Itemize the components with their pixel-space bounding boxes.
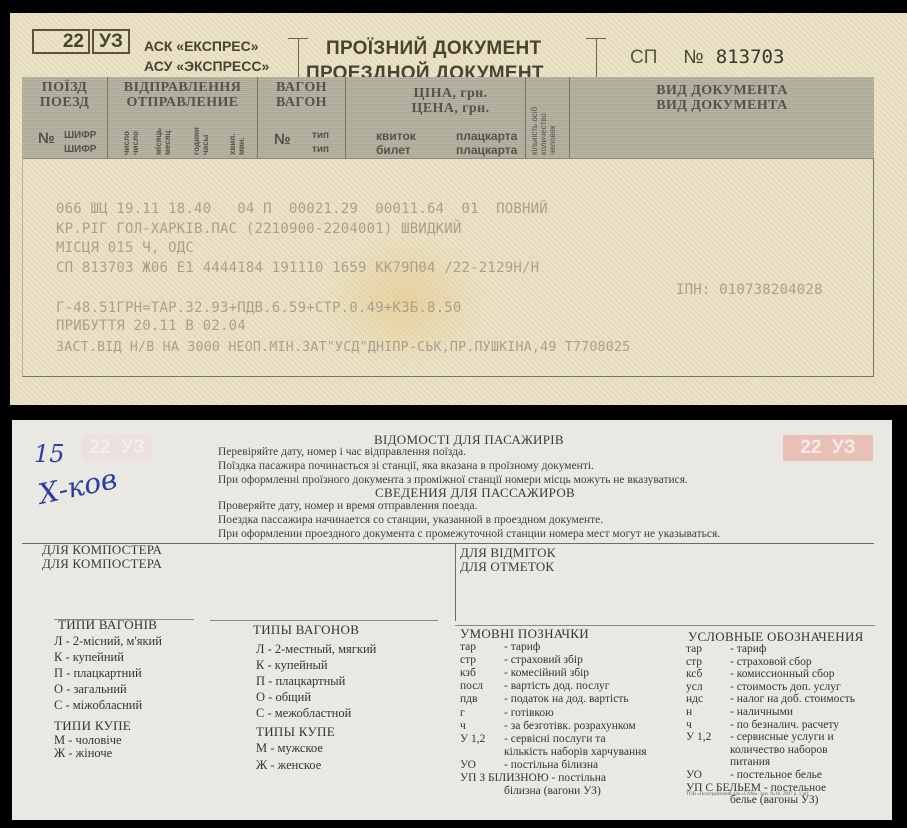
legend-abbr: пдв bbox=[460, 693, 504, 705]
car-types-ru-title: ТИПЫ ВАГОНОВ bbox=[253, 622, 359, 638]
col-car: ВАГОН ВАГОН № тип тип bbox=[258, 77, 346, 158]
col-price-berth-ru: плацкарта bbox=[456, 144, 517, 156]
legend-row: білизна (вагони УЗ) bbox=[460, 785, 601, 797]
col-price-ticket-ru: билет bbox=[376, 144, 411, 156]
serial-prefix: СП bbox=[630, 47, 657, 68]
printed-line-tax-id: ІПН: 010738204028 bbox=[676, 282, 823, 298]
legend-meaning: кількість наборів харчування bbox=[504, 746, 647, 758]
legend-row: питания bbox=[686, 756, 770, 768]
legend-abbr: усл bbox=[686, 681, 730, 693]
legend-row: стр- страховой сбор bbox=[686, 656, 812, 668]
serial-value: 813703 bbox=[716, 46, 785, 68]
compartment-type-ua: Ж - жіноче bbox=[54, 746, 112, 761]
printed-line-arrival: ПРИБУТТЯ 20.11 В 02.04 bbox=[56, 318, 246, 334]
legend-abbr: тар bbox=[460, 641, 504, 653]
col-price-ticket-ua: квиток bbox=[376, 130, 416, 142]
legend-row: тар- тариф bbox=[686, 643, 766, 655]
col-departure-minutes: хвил. мин. bbox=[228, 119, 246, 155]
legend-row: ксб- комиссионный сбор bbox=[686, 668, 834, 680]
compartment-type-ru: М - мужское bbox=[256, 741, 323, 756]
car-type-ua: П - плацкартний bbox=[54, 666, 142, 681]
legend-meaning: УП З БІЛИЗНОЮ - постільна bbox=[460, 772, 606, 784]
legend-abbr: посл bbox=[460, 680, 504, 692]
car-type-ua: К - купейний bbox=[54, 650, 124, 665]
col-departure-title-ua: ВІДПРАВЛЕННЯ bbox=[108, 80, 257, 95]
legend-abbr: ндс bbox=[686, 693, 730, 705]
col-doc-type-title-ru: ВИД ДОКУМЕНТА bbox=[570, 98, 874, 113]
car-type-ru: О - общий bbox=[256, 690, 311, 705]
legend-abbr: УО bbox=[460, 759, 504, 771]
handwritten-note-number: 15 bbox=[34, 440, 65, 468]
col-doc-type: ВИД ДОКУМЕНТА ВИД ДОКУМЕНТА bbox=[570, 77, 874, 158]
legend-meaning: - вартість дод. послуг bbox=[504, 680, 610, 692]
legend-row: посл- вартість дод. послуг bbox=[460, 680, 610, 692]
info-line-ru: Поездка пассажира начинается со станции,… bbox=[218, 514, 603, 526]
legend-abbr: У 1,2 bbox=[686, 731, 730, 743]
legend-meaning: - налог на доб. стоимость bbox=[730, 693, 855, 705]
composter-label-ua: ДЛЯ КОМПОСТЕРА bbox=[42, 543, 162, 557]
col-train-code-ua: ШИФР bbox=[64, 130, 96, 142]
system-name-ua: АСК «ЕКСПРЕС» bbox=[144, 36, 269, 56]
col-doc-type-title-ua: ВИД ДОКУМЕНТА bbox=[570, 83, 874, 98]
marks-label-ua: ДЛЯ ВІДМІТОК bbox=[460, 546, 556, 560]
car-type-ua: Л - 2-місний, м'який bbox=[54, 634, 162, 649]
serial-number: СП№813703 bbox=[630, 46, 784, 69]
system-name: АСК «ЕКСПРЕС» АСУ «ЭКСПРЕСС» bbox=[144, 36, 269, 76]
col-train: ПОЇЗД ПОЕЗД № ШИФР ШИФР bbox=[22, 77, 108, 158]
col-departure-day: число число bbox=[122, 119, 140, 155]
section-divider-vertical bbox=[455, 543, 456, 621]
legend-row: ндс- налог на доб. стоимость bbox=[686, 693, 855, 705]
legend-abbr: тар bbox=[686, 643, 730, 655]
legend-row: УП З БІЛИЗНОЮ - постільна bbox=[460, 772, 606, 784]
legend-meaning: - сервісні послуги та bbox=[504, 733, 606, 745]
compartment-types-ru-title: ТИПЫ КУПЕ bbox=[256, 724, 335, 740]
legend-row: количество наборов bbox=[686, 744, 828, 756]
legend-abbr: г bbox=[460, 707, 504, 719]
ghost-badge-left: 22 УЗ bbox=[82, 435, 152, 461]
info-line-ua: Перевіряйте дату, номер і час відправлен… bbox=[218, 446, 466, 458]
compartment-types-ua-title: ТИПИ КУПЕ bbox=[54, 718, 131, 734]
col-car-type-ua: тип bbox=[312, 130, 329, 142]
legend-row: пдв- податок на дод. вартість bbox=[460, 693, 629, 705]
marks-label-ru: ДЛЯ ОТМЕТОК bbox=[460, 560, 556, 574]
legend-row: н- наличными bbox=[686, 706, 793, 718]
info-line-ua: Поїздка пасажира починається зі станції,… bbox=[218, 460, 594, 472]
legend-abbr: УО bbox=[686, 769, 730, 781]
legend-row: усл- стоимость доп. услуг bbox=[686, 681, 841, 693]
number-sign: № bbox=[683, 47, 703, 68]
col-car-title-ru: ВАГОН bbox=[258, 95, 345, 110]
document-title-ua: ПРОЇЗНИЙ ДОКУМЕНТ bbox=[306, 36, 544, 61]
printed-line-codes: СП 813703 Ж06 Е1 4444184 191110 1659 КК7… bbox=[56, 260, 539, 276]
legend-meaning: количество наборов bbox=[730, 744, 828, 756]
col-price-title-ua: ЦІНА, грн. bbox=[346, 86, 525, 101]
legend-ua-title: УМОВНІ ПОЗНАЧКИ bbox=[460, 626, 589, 642]
col-car-title-ua: ВАГОН bbox=[258, 80, 345, 95]
col-persons: кількість осіб количество человек bbox=[526, 77, 570, 158]
col-price-berth-ua: плацкарта bbox=[456, 130, 517, 142]
info-title-ru: СВЕДЕНИЯ ДЛЯ ПАССАЖИРОВ bbox=[375, 485, 575, 501]
legend-meaning: - наличными bbox=[730, 706, 793, 718]
legend-abbr: стр bbox=[460, 654, 504, 666]
ghost-badge-left-code: УЗ bbox=[121, 437, 145, 459]
legend-divider bbox=[210, 620, 438, 621]
legend-abbr: стр bbox=[686, 656, 730, 668]
legend-abbr: ксб bbox=[686, 668, 730, 680]
legend-meaning: питания bbox=[730, 756, 770, 768]
legend-meaning: - постільна білизна bbox=[504, 759, 598, 771]
legend-row: г- готівкою bbox=[460, 707, 554, 719]
printed-line-price-breakdown: Г-48.51ГРН=ТАР.32.93+ПДВ.6.59+СТР.0.49+К… bbox=[56, 300, 462, 316]
legend-meaning: - страховий збір bbox=[504, 654, 583, 666]
col-train-code-ru: ШИФР bbox=[64, 144, 96, 156]
col-departure-hours: години часы bbox=[192, 119, 210, 155]
col-persons-label: кількість осіб количество человек bbox=[530, 85, 566, 155]
ticket-column-headers: ПОЇЗД ПОЕЗД № ШИФР ШИФР ВІДПРАВЛЕННЯ ОТП… bbox=[22, 77, 874, 159]
ghost-badge-right: 22 УЗ bbox=[783, 435, 873, 461]
legend-row: У 1,2- сервісні послуги та bbox=[460, 733, 606, 745]
printed-line-route: КР.РІГ ГОЛ-ХАРКІВ.ПАС (2210900-2204001) … bbox=[56, 221, 462, 237]
composter-label-ru: ДЛЯ КОМПОСТЕРА bbox=[42, 557, 162, 571]
legend-meaning: - страховой сбор bbox=[730, 656, 812, 668]
legend-meaning: - постельное белье bbox=[730, 769, 822, 781]
col-departure-title-ru: ОТПРАВЛЕНИЕ bbox=[108, 95, 257, 110]
legend-row: кількість наборів харчування bbox=[460, 746, 647, 758]
legend-meaning: - стоимость доп. услуг bbox=[730, 681, 841, 693]
legend-row: кзб- комесійний збір bbox=[460, 667, 589, 679]
legend-row: У 1,2- сервисные услуги и bbox=[686, 731, 834, 743]
col-departure-month: місяць месяц bbox=[154, 119, 172, 155]
legend-meaning: - тариф bbox=[504, 641, 540, 653]
legend-abbr: У 1,2 bbox=[460, 733, 504, 745]
car-type-ua: С - міжобласний bbox=[54, 698, 142, 713]
legend-row: ч- за безготівк. розрахунком bbox=[460, 720, 636, 732]
printer-footer-note: ТОВ «Поліграфічний дім «САМ». Зам. №18. … bbox=[686, 792, 809, 797]
legend-row: УО- постельное белье bbox=[686, 769, 822, 781]
col-train-title-ua: ПОЇЗД bbox=[22, 80, 107, 95]
legend-meaning: - податок на дод. вартість bbox=[504, 693, 629, 705]
legend-abbr: н bbox=[686, 706, 730, 718]
legend-abbr: ч bbox=[460, 720, 504, 732]
printed-line-seats: МІСЦЯ 015 Ч, ОДС bbox=[56, 240, 194, 256]
compartment-type-ru: Ж - женское bbox=[256, 758, 321, 773]
railway-code-badge: УЗ bbox=[92, 29, 130, 54]
legend-meaning: білизна (вагони УЗ) bbox=[504, 785, 601, 797]
legend-meaning: - комиссионный сбор bbox=[730, 668, 834, 680]
railway-number-badge: 22 bbox=[32, 29, 90, 54]
legend-abbr: ч bbox=[686, 719, 730, 731]
legend-meaning: - за безготівк. розрахунком bbox=[504, 720, 636, 732]
car-type-ru: Л - 2-местный, мягкий bbox=[256, 642, 376, 657]
ghost-badge-right-code: УЗ bbox=[832, 437, 856, 459]
system-name-ru: АСУ «ЭКСПРЕСС» bbox=[144, 56, 269, 76]
col-car-no: № bbox=[274, 131, 291, 148]
legend-meaning: - сервисные услуги и bbox=[730, 731, 834, 743]
legend-abbr: кзб bbox=[460, 667, 504, 679]
col-train-title-ru: ПОЕЗД bbox=[22, 95, 107, 110]
composter-label: ДЛЯ КОМПОСТЕРА ДЛЯ КОМПОСТЕРА bbox=[42, 543, 162, 571]
col-departure: ВІДПРАВЛЕННЯ ОТПРАВЛЕНИЕ число число міс… bbox=[108, 77, 258, 158]
printed-line-insurance: ЗАСТ.ВІД Н/В НА 3000 НЕОП.МІН.ЗАТ"УСД"ДН… bbox=[56, 340, 630, 355]
col-car-type-ru: тип bbox=[312, 144, 329, 156]
printed-line-train-info: 066 ШЦ 19.11 18.40 04 П 00021.29 00011.6… bbox=[56, 201, 548, 217]
info-line-ru: Проверяйте дату, номер и время отправлен… bbox=[218, 500, 477, 512]
car-types-ua-title: ТИПИ ВАГОНІВ bbox=[58, 617, 157, 633]
col-train-no: № bbox=[38, 130, 55, 147]
car-type-ru: С - межобластной bbox=[256, 706, 351, 721]
ghost-badge-right-number: 22 bbox=[800, 437, 821, 459]
marks-label: ДЛЯ ВІДМІТОК ДЛЯ ОТМЕТОК bbox=[460, 546, 556, 574]
legend-row: тар- тариф bbox=[460, 641, 540, 653]
legend-meaning: - комесійний збір bbox=[504, 667, 589, 679]
info-line-ru: При оформлении проездного документа с пр… bbox=[218, 528, 720, 540]
col-price-title-ru: ЦЕНА, грн. bbox=[346, 101, 525, 116]
col-price: ЦІНА, грн. ЦЕНА, грн. квиток билет плацк… bbox=[346, 77, 526, 158]
car-type-ru: К - купейный bbox=[256, 658, 328, 673]
legend-row: ч- по безналич. расчету bbox=[686, 719, 839, 731]
legend-meaning: - по безналич. расчету bbox=[730, 719, 839, 731]
legend-row: стр- страховий збір bbox=[460, 654, 583, 666]
legend-meaning: - тариф bbox=[730, 643, 766, 655]
car-type-ru: П - плацкартный bbox=[256, 674, 345, 689]
legend-meaning: - готівкою bbox=[504, 707, 554, 719]
car-type-ua: О - загальний bbox=[54, 682, 127, 697]
legend-row: УО- постільна білизна bbox=[460, 759, 598, 771]
ghost-badge-left-number: 22 bbox=[89, 437, 110, 459]
